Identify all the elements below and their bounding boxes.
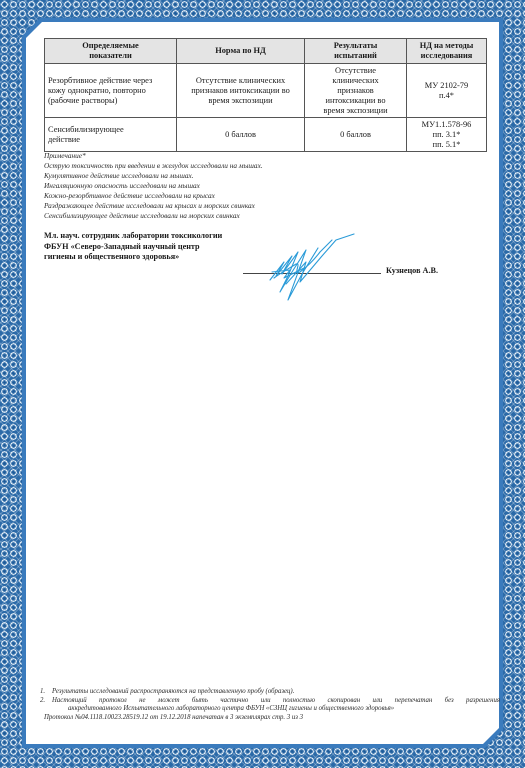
footnotes: 1. Результаты исследований распространяю… (40, 688, 500, 722)
results-table: Определяемыепоказатели Норма по НД Резул… (44, 38, 487, 152)
cell-norm: Отсутствие клиническихпризнаков интоксик… (177, 64, 305, 118)
table-row: Сенсибилизирующеедействие 0 баллов 0 бал… (45, 118, 487, 152)
note-item: Кожно-резорбтивное действие исследовали … (44, 191, 263, 201)
note-item: Острую токсичность при введении в желудо… (44, 161, 263, 171)
header-norm: Норма по НД (177, 39, 305, 64)
cell-result: Отсутствиеклиническихпризнаковинтоксикац… (305, 64, 407, 118)
note-item: Ингаляционную опасность исследовали на м… (44, 181, 263, 191)
cell-norm: 0 баллов (177, 118, 305, 152)
cell-method: МУ1.1.578-96пп. 3.1*пп. 5.1* (407, 118, 487, 152)
footnote-item: 2. Настоящий протокол не может быть част… (40, 697, 500, 706)
signer-position: Мл. науч. сотрудник лаборатории токсикол… (44, 231, 222, 242)
protocol-info: Протокол №04.1118.10023.28519.12 от 19.1… (40, 714, 500, 723)
signer-organization: ФБУН «Северо-Западный научный центр (44, 242, 222, 253)
signer-title: Мл. науч. сотрудник лаборатории токсикол… (44, 231, 222, 263)
note-item: Сенсибилизирующее действие исследовали н… (44, 211, 263, 221)
cell-indicator: Резорбтивное действие черезкожу однократ… (45, 64, 177, 118)
notes-block: Примечание* Острую токсичность при введе… (44, 151, 263, 221)
signer-organization-cont: гигиены и общественного здоровья» (44, 252, 222, 263)
cell-method: МУ 2102-79п.4* (407, 64, 487, 118)
notes-title: Примечание* (44, 151, 263, 161)
footnote-item: 1. Результаты исследований распространяю… (40, 688, 500, 697)
header-method: НД на методыисследования (407, 39, 487, 64)
note-item: Кумулятивное действие исследовали на мыш… (44, 171, 263, 181)
signer-name: Кузнецов А.В. (386, 266, 438, 275)
header-result: Результатыиспытаний (305, 39, 407, 64)
table-header-row: Определяемыепоказатели Норма по НД Резул… (45, 39, 487, 64)
handwritten-signature (262, 232, 362, 304)
note-item: Раздражающее действие исследовали на кры… (44, 201, 263, 211)
footnote-continuation: аккредитованного Испытательного лаборато… (40, 705, 500, 714)
table-row: Резорбтивное действие черезкожу однократ… (45, 64, 487, 118)
header-indicator: Определяемыепоказатели (45, 39, 177, 64)
cell-result: 0 баллов (305, 118, 407, 152)
cell-indicator: Сенсибилизирующеедействие (45, 118, 177, 152)
